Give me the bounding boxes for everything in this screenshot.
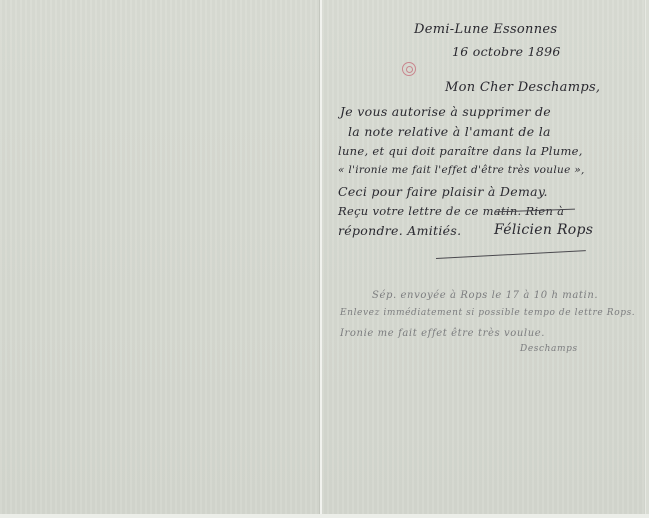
letter-salutation: Mon Cher Deschamps,	[445, 80, 600, 95]
library-stamp-icon	[402, 62, 416, 76]
letter-body-line: « l'ironie me fait l'effet d'être très v…	[338, 164, 585, 176]
paper-bottom-edge	[0, 514, 649, 518]
right-page	[322, 0, 646, 514]
letter-body-line: Ceci pour faire plaisir à Demay.	[338, 184, 548, 199]
pencil-note-line: Sép. envoyée à Rops le 17 à 10 h matin.	[372, 290, 598, 301]
letter-place: Demi-Lune Essonnes	[414, 22, 557, 37]
letter-body-line: Je vous autorise à supprimer de	[340, 104, 551, 119]
left-page	[0, 0, 320, 514]
pencil-note-signature: Deschamps	[520, 344, 578, 354]
letter-body-line: la note relative à l'amant de la	[348, 124, 551, 139]
letter-body-line: lune, et qui doit paraître dans la Plume…	[338, 144, 583, 158]
pencil-note-line: Ironie me fait effet être très voulue.	[340, 328, 545, 339]
letter-signature: Félicien Rops	[494, 222, 593, 238]
letter-date: 16 octobre 1896	[452, 44, 561, 59]
pencil-note-line: Enlevez immédiatement si possible tempo …	[340, 308, 635, 318]
letter-body-line: répondre. Amitiés.	[338, 223, 461, 238]
